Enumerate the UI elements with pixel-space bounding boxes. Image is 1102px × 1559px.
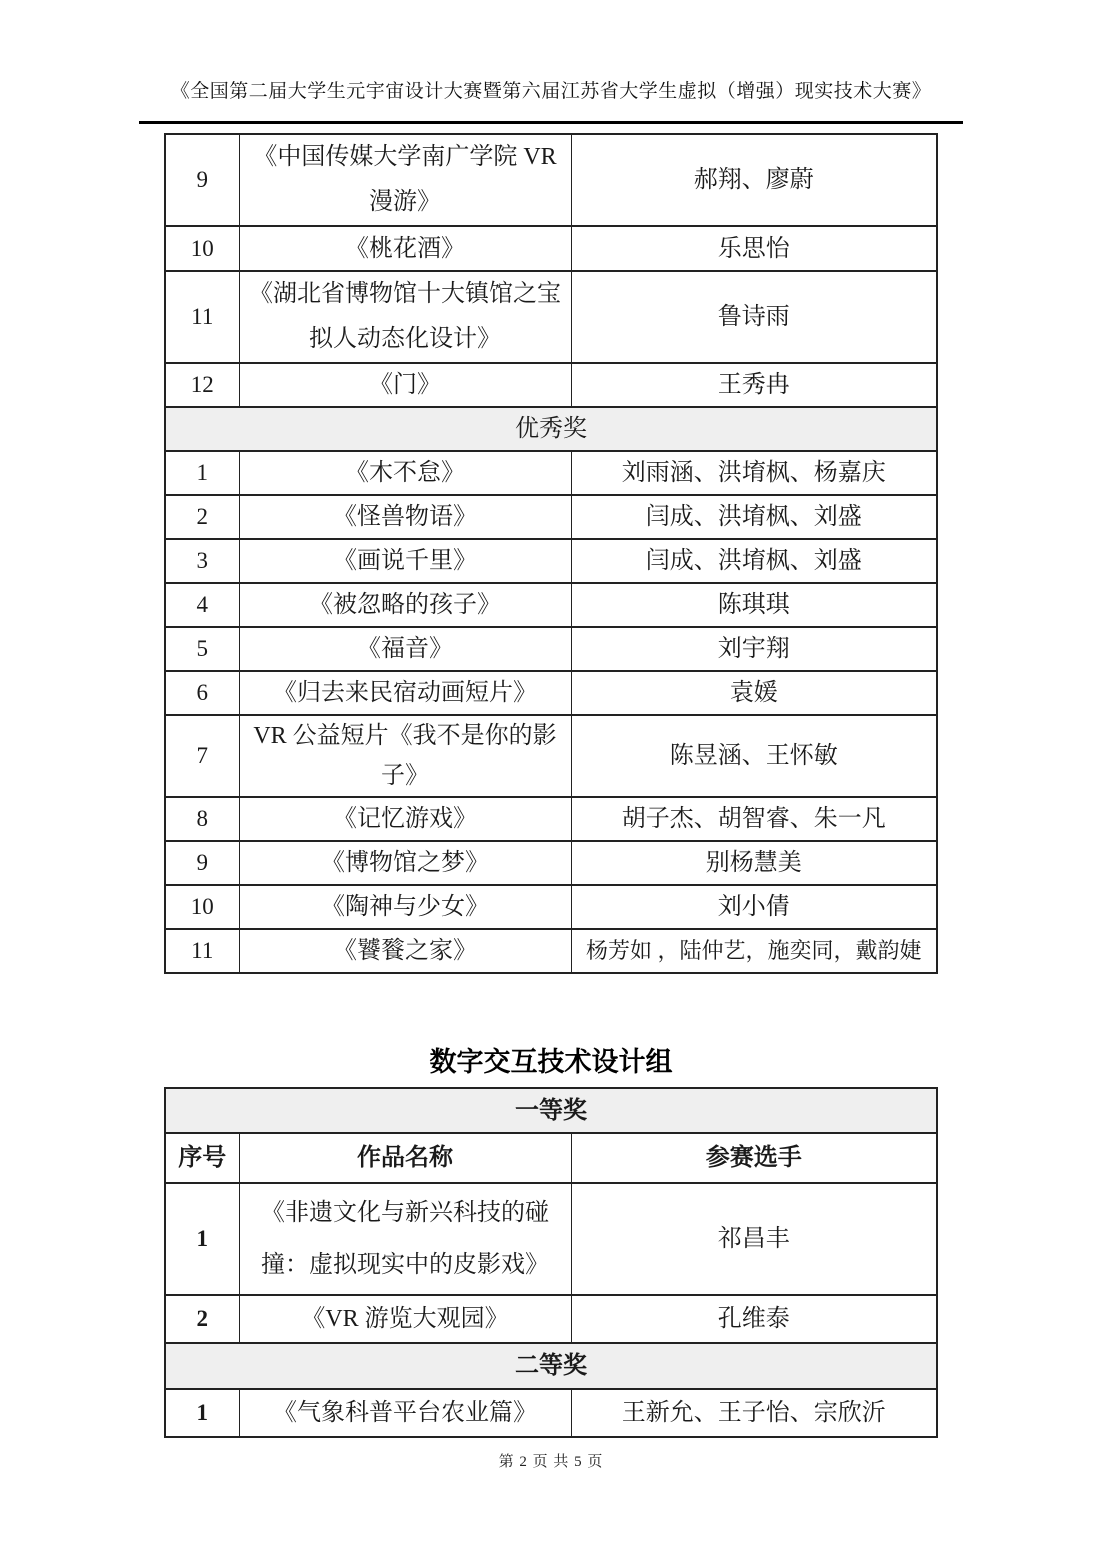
cell-title: 《归去来民宿动画短片》	[239, 671, 571, 715]
column-header-row: 序号 作品名称 参赛选手	[165, 1133, 937, 1183]
cell-contestants: 刘小倩	[571, 885, 937, 929]
cell-no: 11	[165, 271, 239, 363]
cell-no: 12	[165, 363, 239, 407]
table-row: 10 《陶神与少女》 刘小倩	[165, 885, 937, 929]
table-row: 11 《湖北省博物馆十大镇馆之宝拟人动态化设计》 鲁诗雨	[165, 271, 937, 363]
table-row: 1 《气象科普平台农业篇》 王新允、王子怡、宗欣沂	[165, 1389, 937, 1437]
cell-no: 3	[165, 539, 239, 583]
table-row: 8 《记忆游戏》 胡子杰、胡智睿、朱一凡	[165, 797, 937, 841]
cell-no: 2	[165, 1295, 239, 1343]
table-row: 7 VR 公益短片《我不是你的影子》 陈昱涵、王怀敏	[165, 715, 937, 797]
cell-contestants: 胡子杰、胡智睿、朱一凡	[571, 797, 937, 841]
cell-contestants: 闫成、洪堉枫、刘盛	[571, 495, 937, 539]
cell-no: 8	[165, 797, 239, 841]
table-row: 2 《VR 游览大观园》 孔维泰	[165, 1295, 937, 1343]
table-row: 4 《被忽略的孩子》 陈琪琪	[165, 583, 937, 627]
cell-no: 10	[165, 885, 239, 929]
cell-title: 《气象科普平台农业篇》	[239, 1389, 571, 1437]
table-row: 12 《门》 王秀冉	[165, 363, 937, 407]
cell-no: 1	[165, 1183, 239, 1295]
cell-title: 《饕餮之家》	[239, 929, 571, 973]
table-row: 9 《博物馆之梦》 别杨慧美	[165, 841, 937, 885]
table-row: 10 《桃花酒》 乐思怡	[165, 226, 937, 271]
cell-no: 7	[165, 715, 239, 797]
table-row: 1 《非遗文化与新兴科技的碰撞：虚拟现实中的皮影戏》 祁昌丰	[165, 1183, 937, 1295]
cell-contestants: 乐思怡	[571, 226, 937, 271]
cell-title: VR 公益短片《我不是你的影子》	[239, 715, 571, 797]
section-label-first-prize: 一等奖	[165, 1088, 937, 1133]
cell-contestants: 陈琪琪	[571, 583, 937, 627]
table-row: 2 《怪兽物语》 闫成、洪堉枫、刘盛	[165, 495, 937, 539]
cell-contestants: 刘宇翔	[571, 627, 937, 671]
cell-title: 《VR 游览大观园》	[239, 1295, 571, 1343]
cell-title: 《桃花酒》	[239, 226, 571, 271]
cell-title: 《博物馆之梦》	[239, 841, 571, 885]
cell-title: 《福音》	[239, 627, 571, 671]
cell-contestants: 刘雨涵、洪堉枫、杨嘉庆	[571, 451, 937, 495]
cell-contestants: 孔维泰	[571, 1295, 937, 1343]
cell-contestants: 陈昱涵、王怀敏	[571, 715, 937, 797]
page-number-footer: 第 2 页 共 5 页	[0, 1450, 1102, 1471]
cell-title: 《陶神与少女》	[239, 885, 571, 929]
document-header-title: 《全国第二届大学生元宇宙设计大赛暨第六届江苏省大学生虚拟（增强）现实技术大赛》	[0, 76, 1102, 103]
cell-contestants: 祁昌丰	[571, 1183, 937, 1295]
table-row: 5 《福音》 刘宇翔	[165, 627, 937, 671]
cell-title: 《非遗文化与新兴科技的碰撞：虚拟现实中的皮影戏》	[239, 1183, 571, 1295]
cell-contestants: 王秀冉	[571, 363, 937, 407]
cell-contestants: 王新允、王子怡、宗欣沂	[571, 1389, 937, 1437]
cell-title: 《湖北省博物馆十大镇馆之宝拟人动态化设计》	[239, 271, 571, 363]
table-row: 11 《饕餮之家》 杨芳如 ，陆仲艺，施奕同，戴韵婕	[165, 929, 937, 973]
section-header-row: 一等奖	[165, 1088, 937, 1133]
cell-title: 《怪兽物语》	[239, 495, 571, 539]
cell-contestants: 别杨慧美	[571, 841, 937, 885]
table-row: 9 《中国传媒大学南广学院 VR 漫游》 郝翔、廖蔚	[165, 134, 937, 226]
column-header-title: 作品名称	[239, 1133, 571, 1183]
cell-contestants: 袁媛	[571, 671, 937, 715]
column-header-no: 序号	[165, 1133, 239, 1183]
header-rule	[139, 121, 963, 124]
cell-no: 4	[165, 583, 239, 627]
cell-title: 《门》	[239, 363, 571, 407]
cell-title: 《木不怠》	[239, 451, 571, 495]
cell-title: 《记忆游戏》	[239, 797, 571, 841]
cell-contestants: 鲁诗雨	[571, 271, 937, 363]
cell-title: 《中国传媒大学南广学院 VR 漫游》	[239, 134, 571, 226]
cell-no: 9	[165, 134, 239, 226]
table-row: 1 《木不怠》 刘雨涵、洪堉枫、杨嘉庆	[165, 451, 937, 495]
cell-no: 2	[165, 495, 239, 539]
cell-no: 5	[165, 627, 239, 671]
cell-no: 11	[165, 929, 239, 973]
cell-contestants: 郝翔、廖蔚	[571, 134, 937, 226]
section-header-row: 二等奖	[165, 1343, 937, 1389]
cell-title: 《被忽略的孩子》	[239, 583, 571, 627]
cell-no: 1	[165, 1389, 239, 1437]
cell-contestants: 闫成、洪堉枫、刘盛	[571, 539, 937, 583]
document-page: 《全国第二届大学生元宇宙设计大赛暨第六届江苏省大学生虚拟（增强）现实技术大赛》 …	[0, 0, 1102, 1559]
section-label-second-prize: 二等奖	[165, 1343, 937, 1389]
cell-contestants: 杨芳如 ，陆仲艺，施奕同，戴韵婕	[571, 929, 937, 973]
cell-no: 10	[165, 226, 239, 271]
awards-table-animation-group: 9 《中国传媒大学南广学院 VR 漫游》 郝翔、廖蔚 10 《桃花酒》 乐思怡 …	[164, 133, 938, 974]
section-label-excellence-award: 优秀奖	[165, 407, 937, 451]
section-title-digital-interaction-group: 数字交互技术设计组	[0, 1040, 1102, 1079]
column-header-contestants: 参赛选手	[571, 1133, 937, 1183]
cell-title: 《画说千里》	[239, 539, 571, 583]
awards-table-digital-interaction-group: 一等奖 序号 作品名称 参赛选手 1 《非遗文化与新兴科技的碰撞：虚拟现实中的皮…	[164, 1087, 938, 1438]
cell-no: 9	[165, 841, 239, 885]
table-row: 3 《画说千里》 闫成、洪堉枫、刘盛	[165, 539, 937, 583]
section-header-row: 优秀奖	[165, 407, 937, 451]
table-row: 6 《归去来民宿动画短片》 袁媛	[165, 671, 937, 715]
cell-no: 1	[165, 451, 239, 495]
cell-no: 6	[165, 671, 239, 715]
